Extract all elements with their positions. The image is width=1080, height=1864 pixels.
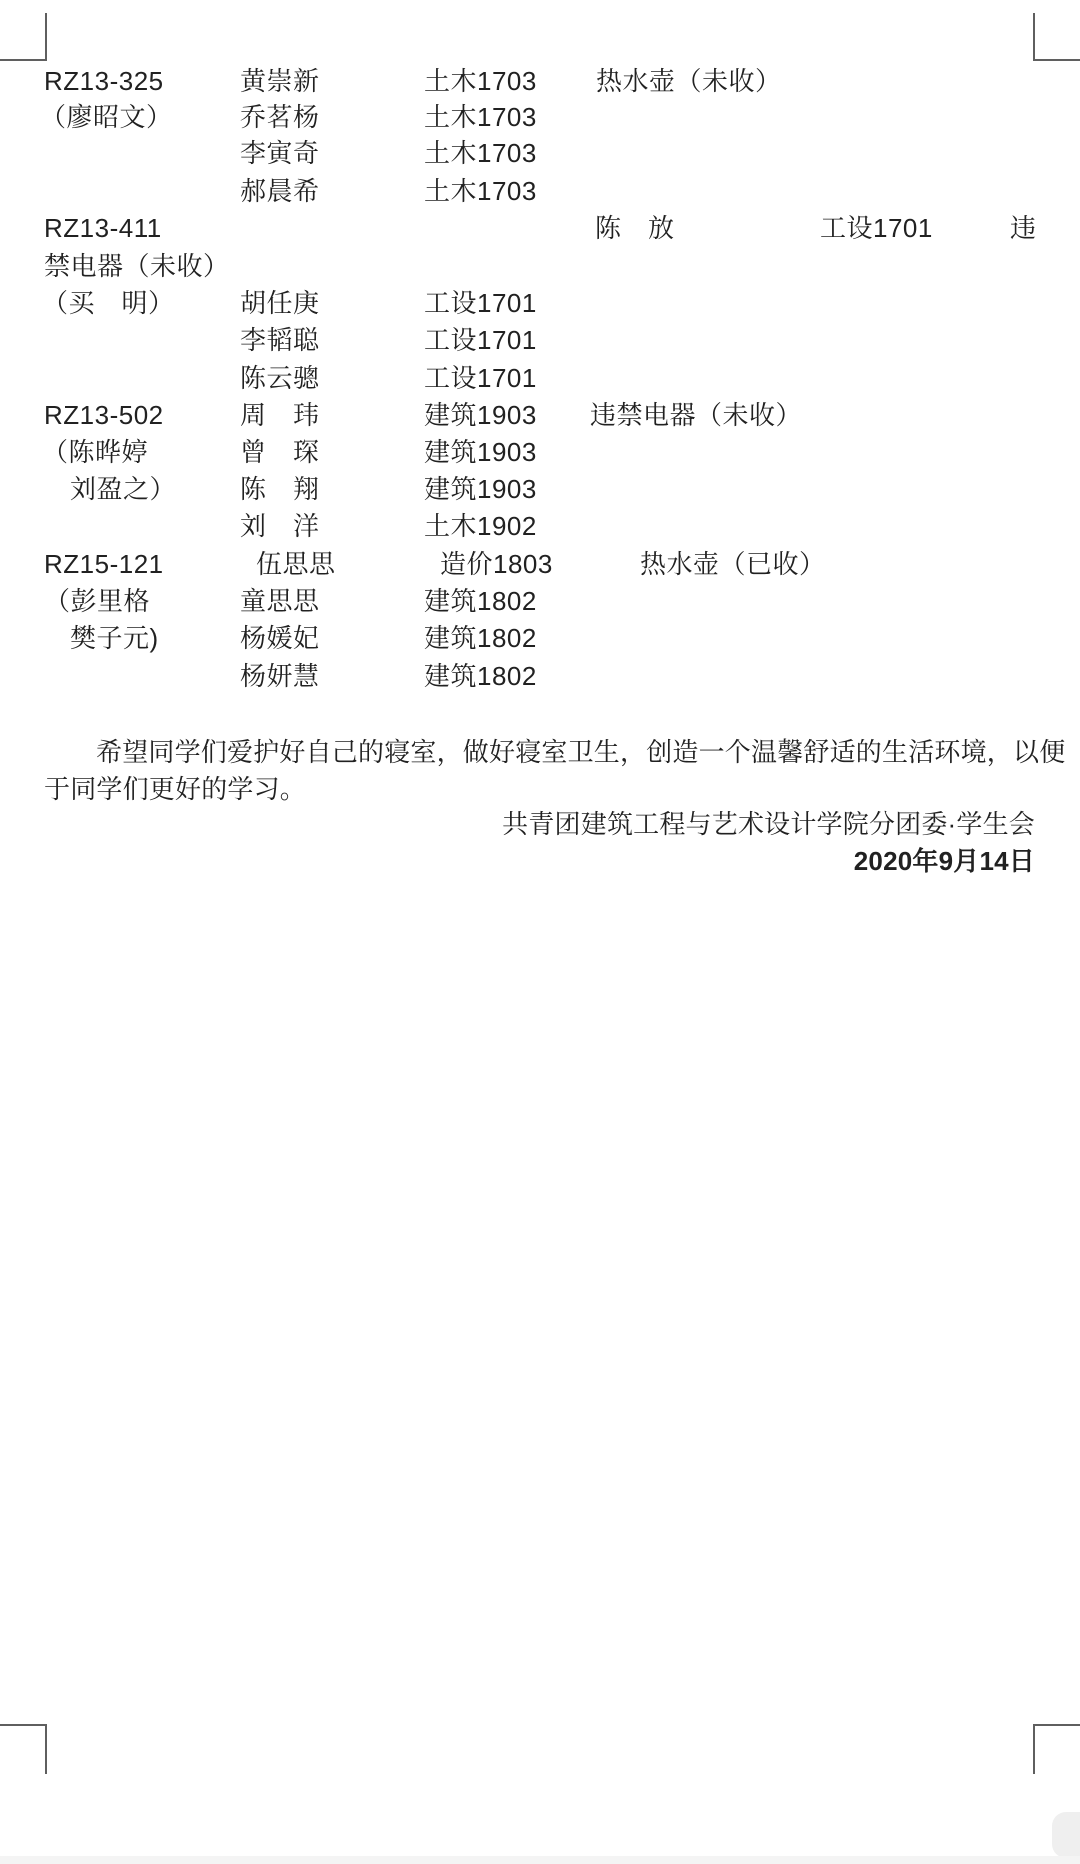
crop-mark-top-right-icon: [1033, 13, 1080, 61]
student-name: 刘 洋: [240, 509, 320, 543]
room-id: RZ15-121: [44, 547, 164, 581]
signature-date: 2020年9月14日: [854, 844, 1035, 878]
class-name: 工设1701: [424, 323, 537, 357]
class-name: 土木1703: [424, 174, 537, 208]
student-name: 周 玮: [240, 398, 320, 432]
class-name: 建筑1903: [424, 435, 537, 469]
checker-name: 樊子元): [70, 621, 159, 655]
table-row: 刘盈之） 陈 翔 建筑1903: [0, 472, 1080, 506]
table-row: （陈晔婷 曾 琛 建筑1903: [0, 435, 1080, 469]
table-row: 郝晨希 土木1703: [0, 174, 1080, 208]
checker-name: （廖昭文）: [40, 100, 173, 134]
class-name: 工设1701: [424, 286, 537, 320]
table-row: （廖昭文） 乔茗杨 土木1703: [0, 100, 1080, 134]
checker-name: 刘盈之）: [70, 472, 176, 506]
student-name: 陈 放: [595, 211, 675, 245]
student-name: 杨媛妃: [240, 621, 320, 655]
table-row: （彭里格 童思思 建筑1802: [0, 584, 1080, 618]
checker-name: （彭里格: [44, 584, 150, 618]
table-row: RZ13-502 周 玮 建筑1903 违禁电器（未收）: [0, 398, 1080, 432]
signature-org: 共青团建筑工程与艺术设计学院分团委·学生会: [502, 807, 1035, 841]
table-row: 李寅奇 土木1703: [0, 136, 1080, 170]
student-name: 李韬聪: [240, 323, 320, 357]
class-name: 造价1803: [440, 547, 553, 581]
table-row: （买 明） 胡任庚 工设1701: [0, 286, 1080, 320]
room-id: RZ13-325: [44, 64, 164, 98]
student-name: 胡任庚: [240, 286, 320, 320]
student-name: 郝晨希: [240, 174, 320, 208]
crop-mark-top-left-icon: [0, 13, 47, 61]
scrollbar-thumb[interactable]: [1052, 1812, 1080, 1858]
violation-item: 热水壶（未收）: [596, 64, 782, 98]
room-id: RZ13-411: [44, 211, 162, 245]
class-name: 工设1701: [424, 361, 537, 395]
class-name: 土木1703: [424, 136, 537, 170]
student-name: 童思思: [240, 584, 320, 618]
crop-mark-bottom-right-icon: [1033, 1724, 1080, 1774]
class-name: 工设1701: [820, 211, 933, 245]
closing-line-2: 于同学们更好的学习。: [44, 772, 306, 806]
student-name: 李寅奇: [240, 136, 320, 170]
student-name: 杨妍慧: [240, 659, 320, 693]
student-name: 曾 琛: [240, 435, 320, 469]
table-row: 杨妍慧 建筑1802: [0, 659, 1080, 693]
table-row: 樊子元) 杨媛妃 建筑1802: [0, 621, 1080, 655]
student-name: 乔茗杨: [240, 100, 320, 134]
class-name: 建筑1903: [424, 398, 537, 432]
student-name: 黄崇新: [240, 64, 320, 98]
violation-item: 违禁电器（未收）: [590, 398, 802, 432]
class-name: 建筑1802: [424, 584, 537, 618]
class-name: 土木1902: [424, 509, 537, 543]
class-name: 土木1703: [424, 100, 537, 134]
table-row: 刘 洋 土木1902: [0, 509, 1080, 543]
student-name: 陈云骢: [240, 361, 320, 395]
class-name: 建筑1802: [424, 659, 537, 693]
closing-line-1: 希望同学们爱护好自己的寝室，做好寝室卫生，创造一个温馨舒适的生活环境，以便: [44, 735, 1065, 769]
violation-continuation: 禁电器（未收）: [44, 249, 230, 283]
checker-name: （买 明）: [42, 286, 175, 320]
table-row: 李韬聪 工设1701: [0, 323, 1080, 357]
student-name: 陈 翔: [240, 472, 320, 506]
table-row: RZ15-121 伍思思 造价1803 热水壶（已收）: [0, 547, 1080, 581]
class-name: 建筑1903: [424, 472, 537, 506]
class-name: 土木1703: [424, 64, 537, 98]
violation-item: 热水壶（已收）: [640, 547, 826, 581]
bottom-bar: [0, 1856, 1080, 1864]
table-row: RZ13-411 陈 放 工设1701 违: [0, 211, 1080, 245]
room-id: RZ13-502: [44, 398, 164, 432]
violation-item: 违: [1010, 211, 1037, 245]
crop-mark-bottom-left-icon: [0, 1724, 47, 1774]
student-name: 伍思思: [256, 547, 336, 581]
class-name: 建筑1802: [424, 621, 537, 655]
document-page: RZ13-325 黄崇新 土木1703 热水壶（未收） （廖昭文） 乔茗杨 土木…: [0, 0, 1080, 1864]
table-row: 禁电器（未收）: [0, 249, 1080, 283]
table-row: RZ13-325 黄崇新 土木1703 热水壶（未收）: [0, 64, 1080, 98]
table-row: 陈云骢 工设1701: [0, 361, 1080, 395]
checker-name: （陈晔婷: [42, 435, 148, 469]
